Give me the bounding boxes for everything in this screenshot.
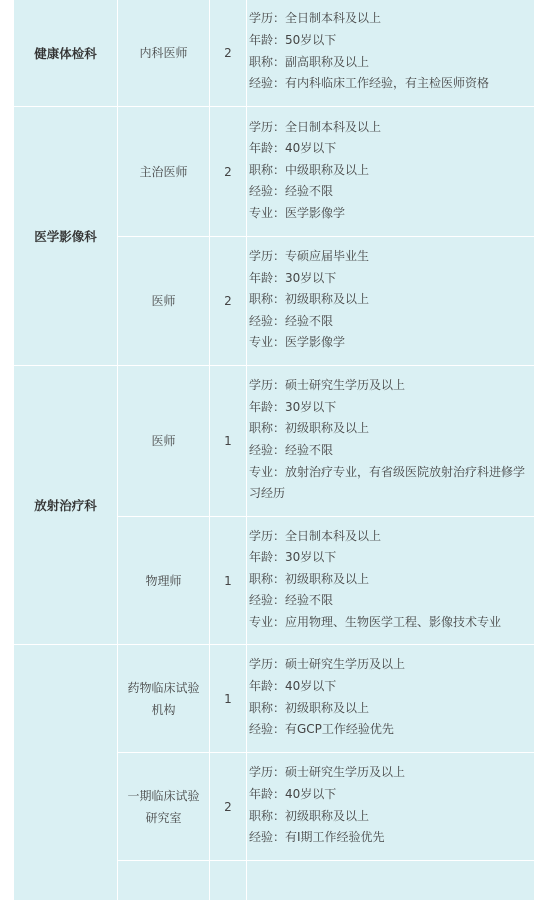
position-cell: 物理师 [118, 517, 210, 645]
requirement-major: 专业：放射治疗专业，有省级医院放射治疗科进修学习经历 [249, 462, 532, 505]
position-cell: 主治医师 [118, 107, 210, 237]
requirement-major: 专业：应用物理、生物医学工程、影像技术专业 [249, 612, 532, 634]
requirement-major: 专业：医学影像学 [249, 203, 532, 225]
table-row: 医学影像科 主治医师 2 学历：全日制本科及以上 年龄：40岁以下 职称：中级职… [14, 107, 535, 237]
requirements-cell: 学历：硕士研究生学历及以上 年龄：40岁以下 职称：初级职称及以上 经验：有GC… [247, 645, 535, 753]
requirement-experience: 经验：有Ⅰ期工作经验优先 [249, 827, 532, 849]
department-cell [14, 645, 118, 865]
count-cell: 1 [210, 645, 247, 753]
requirement-title: 职称：初级职称及以上 [249, 569, 532, 591]
requirement-age: 年龄：30岁以下 [249, 268, 532, 290]
requirement-education: 学历：全日制本科及以上 [249, 526, 532, 548]
position-cell: 药物临床试验机构 [118, 645, 210, 753]
requirement-experience: 经验：有内科临床工作经验，有主检医师资格 [249, 73, 532, 95]
position-cell: 一期临床试验研究室 [118, 753, 210, 861]
position-cell: 内科医师 [118, 0, 210, 107]
requirement-age: 年龄：50岁以下 [249, 30, 532, 52]
count-cell: 2 [210, 753, 247, 861]
requirement-title: 职称：初级职称及以上 [249, 289, 532, 311]
position-cell: 医师 [118, 366, 210, 517]
position-cell [118, 861, 210, 865]
requirement-age: 年龄：40岁以下 [249, 676, 532, 698]
count-cell: 1 [210, 517, 247, 645]
table-row: 健康体检科 内科医师 2 学历：全日制本科及以上 年龄：50岁以下 职称：副高职… [14, 0, 535, 107]
count-cell: 2 [210, 237, 247, 366]
count-cell: 2 [210, 107, 247, 237]
table-row: 放射治疗科 医师 1 学历：硕士研究生学历及以上 年龄：30岁以下 职称：初级职… [14, 366, 535, 517]
requirement-age: 年龄：30岁以下 [249, 547, 532, 569]
requirement-education: 学历：全日制本科及以上 [249, 117, 532, 139]
requirement-age: 年龄：40岁以下 [249, 784, 532, 806]
requirement-experience: 经验：有GCP工作经验优先 [249, 719, 532, 741]
requirement-age: 年龄：40岁以下 [249, 138, 532, 160]
requirement-title: 职称：中级职称及以上 [249, 160, 532, 182]
requirement-experience: 经验：经验不限 [249, 311, 532, 333]
requirements-cell [247, 861, 535, 865]
requirement-experience: 经验：经验不限 [249, 590, 532, 612]
requirement-education: 学历：硕士研究生学历及以上 [249, 654, 532, 676]
count-cell: 1 [210, 366, 247, 517]
department-cell: 健康体检科 [14, 0, 118, 107]
requirement-experience: 经验：经验不限 [249, 181, 532, 203]
department-cell: 放射治疗科 [14, 366, 118, 645]
requirement-age: 年龄：30岁以下 [249, 397, 532, 419]
requirements-cell: 学历：硕士研究生学历及以上 年龄：40岁以下 职称：初级职称及以上 经验：有Ⅰ期… [247, 753, 535, 861]
requirements-cell: 学历：全日制本科及以上 年龄：50岁以下 职称：副高职称及以上 经验：有内科临床… [247, 0, 535, 107]
position-cell: 医师 [118, 237, 210, 366]
requirements-cell: 学历：硕士研究生学历及以上 年龄：30岁以下 职称：初级职称及以上 经验：经验不… [247, 366, 535, 517]
requirements-cell: 学历：全日制本科及以上 年龄：40岁以下 职称：中级职称及以上 经验：经验不限 … [247, 107, 535, 237]
count-cell [210, 861, 247, 865]
requirement-education: 学历：硕士研究生学历及以上 [249, 375, 532, 397]
department-cell: 医学影像科 [14, 107, 118, 366]
count-cell: 2 [210, 0, 247, 107]
requirement-title: 职称：副高职称及以上 [249, 52, 532, 74]
requirement-title: 职称：初级职称及以上 [249, 698, 532, 720]
recruitment-table-container: 健康体检科 内科医师 2 学历：全日制本科及以上 年龄：50岁以下 职称：副高职… [13, 0, 534, 864]
requirement-education: 学历：硕士研究生学历及以上 [249, 762, 532, 784]
table-row: 药物临床试验机构 1 学历：硕士研究生学历及以上 年龄：40岁以下 职称：初级职… [14, 645, 535, 753]
requirement-title: 职称：初级职称及以上 [249, 418, 532, 440]
requirement-education: 学历：专硕应届毕业生 [249, 246, 532, 268]
requirement-experience: 经验：经验不限 [249, 440, 532, 462]
recruitment-table: 健康体检科 内科医师 2 学历：全日制本科及以上 年龄：50岁以下 职称：副高职… [13, 0, 535, 864]
requirement-title: 职称：初级职称及以上 [249, 806, 532, 828]
requirements-cell: 学历：专硕应届毕业生 年龄：30岁以下 职称：初级职称及以上 经验：经验不限 专… [247, 237, 535, 366]
requirements-cell: 学历：全日制本科及以上 年龄：30岁以下 职称：初级职称及以上 经验：经验不限 … [247, 517, 535, 645]
requirement-education: 学历：全日制本科及以上 [249, 8, 532, 30]
requirement-major: 专业：医学影像学 [249, 332, 532, 354]
